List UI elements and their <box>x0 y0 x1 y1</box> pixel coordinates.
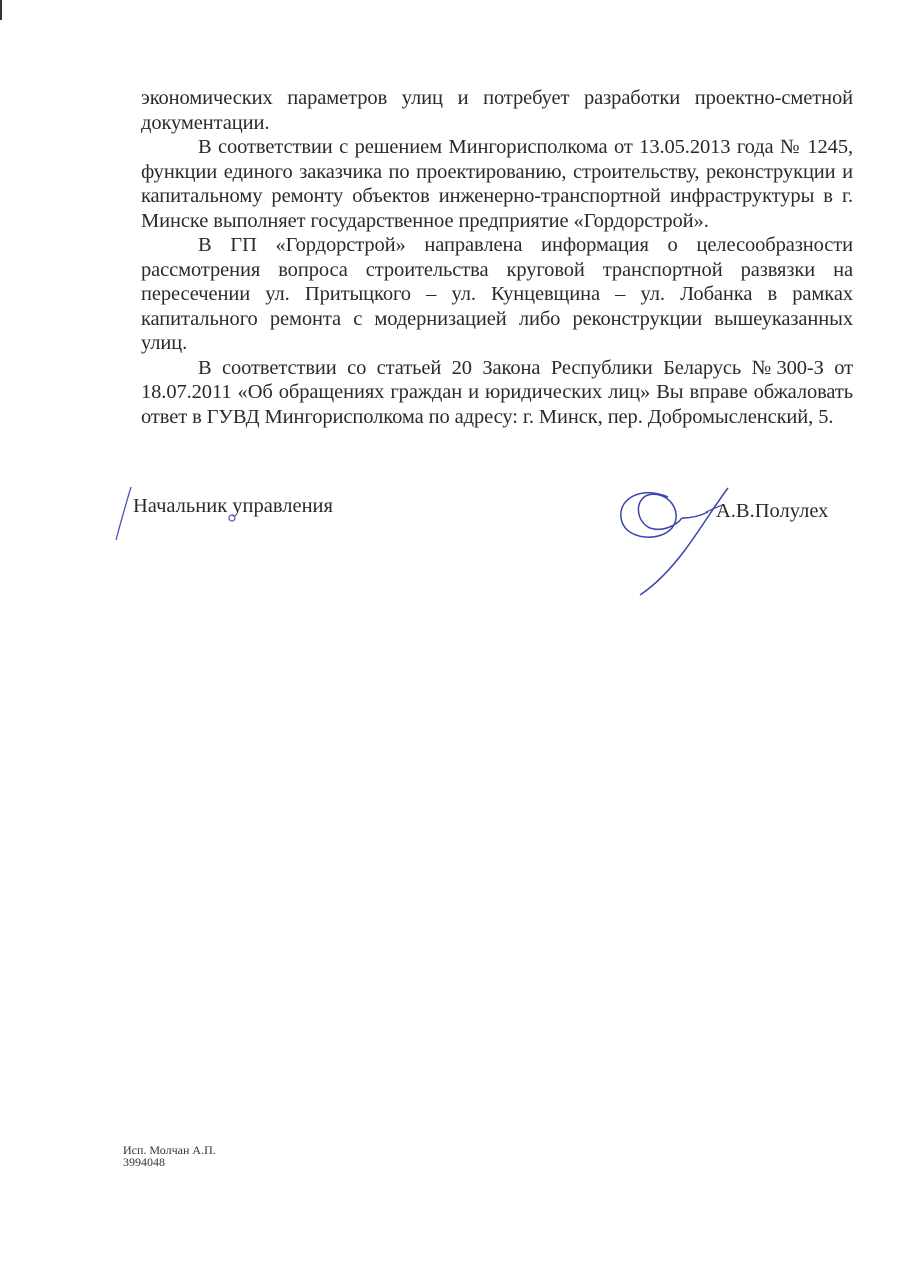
paragraph-2: В соответствии с решением Мингорисполком… <box>141 135 853 233</box>
signer-position: Начальник управления <box>133 494 333 518</box>
executor-phone: 3994048 <box>123 1156 216 1168</box>
paragraph-4: В соответствии со статьей 20 Закона Респ… <box>141 356 853 430</box>
executor-info: Исп. Молчан А.П. 3994048 <box>123 1144 216 1168</box>
letter-body: экономических параметров улиц и потребуе… <box>141 86 853 429</box>
page-edge-mark <box>0 0 2 20</box>
paragraph-3: В ГП «Гордорстрой» направлена информация… <box>141 233 853 356</box>
signer-name: А.В.Полулех <box>716 499 828 523</box>
paragraph-1: экономических параметров улиц и потребуе… <box>141 86 853 135</box>
